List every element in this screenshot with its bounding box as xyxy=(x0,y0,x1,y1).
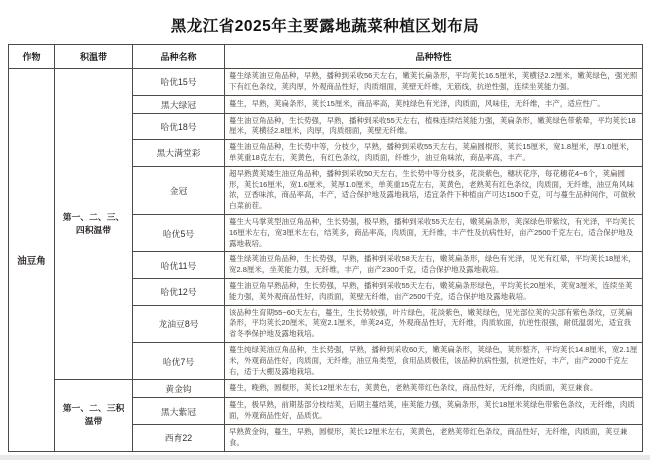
variety-name-cell: 哈优5号 xyxy=(133,214,225,251)
header-crop: 作物 xyxy=(9,45,55,69)
traits-cell: 蔓生大马掌荚型油豆角品种，生长势强，极早熟，播种到采收55天左右，嫩荚扁条形，荚… xyxy=(225,214,643,251)
page-title: 黑龙江省2025年主要露地蔬菜种植区划布局 xyxy=(8,14,642,36)
variety-table: 作物 积温带 品种名称 品种特性 油豆角 第一、二、三、四积温带 哈优15号 蔓… xyxy=(8,44,643,452)
variety-name-cell: 黑大满堂彩 xyxy=(133,140,225,167)
header-row: 作物 积温带 品种名称 品种特性 xyxy=(9,45,643,69)
table-row: 油豆角 第一、二、三、四积温带 哈优15号 蔓生绿荚油豆角品种，早熟，播种到采收… xyxy=(9,69,643,96)
traits-cell: 蔓生油豆角品种，生长势强，早熟，播种到采收55天左右，植株连续结荚能力强，荚扁条… xyxy=(225,113,643,140)
variety-name-cell: 龙油豆8号 xyxy=(133,305,225,342)
traits-cell: 蔓生纯绿荚油豆角品种，生长势强，早熟，播种到采收60天，嫩荚扁条形，荚绿色，荚形… xyxy=(225,342,643,379)
variety-name-cell: 黑大绿冠 xyxy=(133,95,225,113)
variety-name-cell: 金冠 xyxy=(133,166,225,214)
variety-name-cell: 哈优12号 xyxy=(133,278,225,305)
crop-cell: 油豆角 xyxy=(9,69,55,452)
traits-cell: 早熟黄金钩，蔓生，早熟，圆棍形，荚长12厘米左右，荚黄色，老熟荚带红色条纹，商品… xyxy=(225,424,643,451)
header-variety: 品种名称 xyxy=(133,45,225,69)
traits-cell: 蔓生绿荚油豆角品种，早熟，播种到采收56天左右，嫩荚长扁条形，平均荚长16.5厘… xyxy=(225,69,643,96)
variety-name-cell: 哈优7号 xyxy=(133,342,225,379)
traits-cell: 蔓生，晚熟，圆棍形，荚长12厘米左右，荚黄色，老熟荚带红色条纹，商品性好，无纤维… xyxy=(225,380,643,398)
header-zone: 积温带 xyxy=(55,45,133,69)
traits-cell: 蔓生绿荚油豆角品种，生长势强，早熟，播种到采收58天左右，嫩荚扁条形，绿色有光泽… xyxy=(225,252,643,279)
table-row: 第一、二、三积温带 黄金钩 蔓生，晚熟，圆棍形，荚长12厘米左右，荚黄色，老熟荚… xyxy=(9,380,643,398)
variety-name-cell: 哈优11号 xyxy=(133,252,225,279)
traits-cell: 蔓生，早熟，荚扁条形，荚长15厘米，商品率高，荚纯绿色有光泽，肉质面，风味佳，无… xyxy=(225,95,643,113)
zone-cell-1: 第一、二、三、四积温带 xyxy=(55,69,133,380)
variety-name-cell: 哈优18号 xyxy=(133,113,225,140)
variety-name-cell: 黄金钩 xyxy=(133,380,225,398)
variety-name-cell: 西育22 xyxy=(133,424,225,451)
traits-cell: 蔓生，极早熟，前期基部分枝结荚，后期主蔓结荚，座荚能力强，荚扁条形，荚长18厘米… xyxy=(225,398,643,425)
traits-cell: 蔓生油豆角品种，生长势中等，分枝少，早熟，播种到采收55天左右，荚扁圆棍形，荚长… xyxy=(225,140,643,167)
header-traits: 品种特性 xyxy=(225,45,643,69)
scan-edge xyxy=(0,455,650,460)
zone-cell-2: 第一、二、三积温带 xyxy=(55,380,133,451)
variety-name-cell: 黑大紫冠 xyxy=(133,398,225,425)
traits-cell: 蔓生油豆角早熟品种，生长势强，早熟，播种到采收55天左右，嫩荚扁条形绿色，平均荚… xyxy=(225,278,643,305)
variety-name-cell: 哈优15号 xyxy=(133,69,225,96)
traits-cell: 该品种生育期55~60天左右，蔓生，生长势较强，叶片绿色，花淡紫色，嫩荚绿色，见… xyxy=(225,305,643,342)
document-page: 黑龙江省2025年主要露地蔬菜种植区划布局 作物 积温带 品种名称 品种特性 油… xyxy=(0,0,650,452)
traits-cell: 超早熟黄荚矮生油豆角品种，播种到采收50天左右，生长势中等分枝多，花淡紫色，穗状… xyxy=(225,166,643,214)
